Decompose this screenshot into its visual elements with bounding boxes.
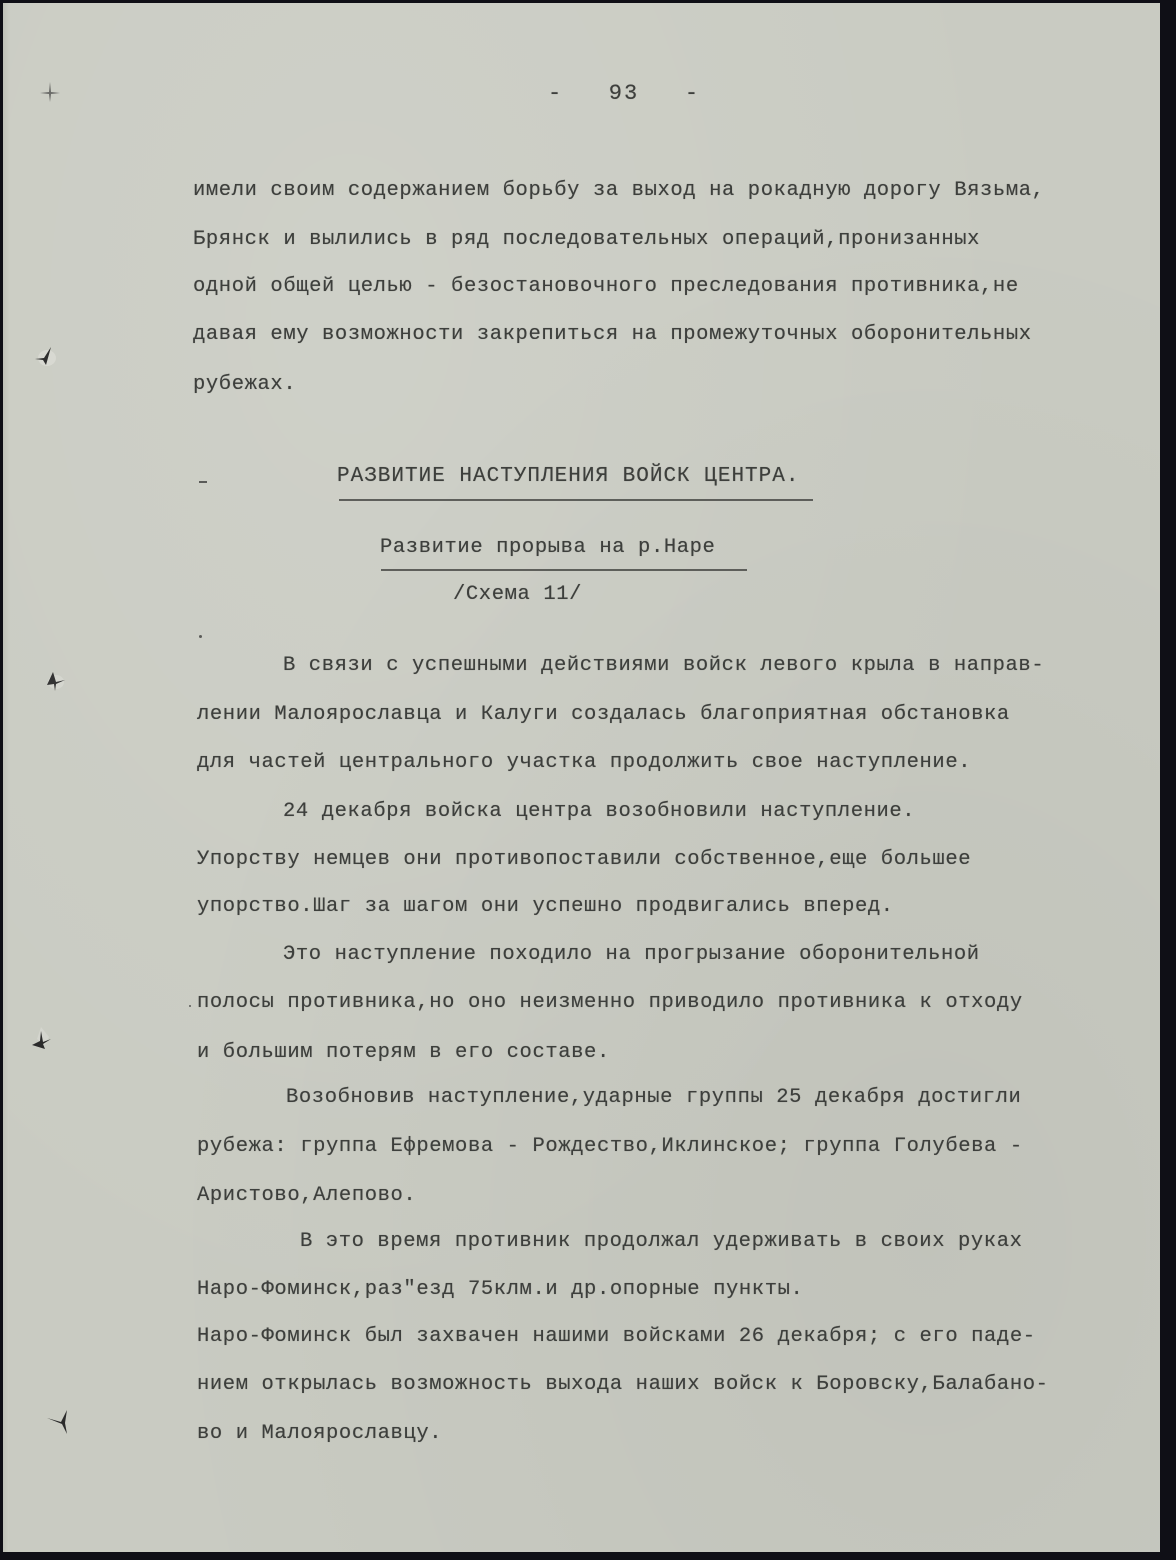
intro-line: давая ему возможности закрепиться на про… bbox=[193, 325, 1032, 346]
section-title-underline bbox=[339, 499, 813, 501]
punch-hole-mark bbox=[35, 77, 65, 107]
body-line: во и Малоярославцу. bbox=[197, 1424, 442, 1445]
body-line: Аристово,Алепово. bbox=[197, 1186, 416, 1207]
subsection-title: Развитие прорыва на р.Наре bbox=[380, 538, 715, 559]
schema-reference: /Схема 11/ bbox=[453, 585, 582, 606]
intro-line: имели своим содержанием борьбу за выход … bbox=[193, 181, 1045, 202]
body-line: В связи с успешными действиями войск лев… bbox=[283, 656, 1044, 677]
stray-mark bbox=[199, 481, 207, 483]
body-line: рубежа: группа Ефремова - Рождество,Икли… bbox=[197, 1137, 1023, 1158]
punch-hole-mark bbox=[29, 341, 59, 371]
body-line: Возобновив наступление,ударные группы 25… bbox=[286, 1088, 1021, 1109]
body-line: и большим потерям в его составе. bbox=[197, 1043, 610, 1064]
page-number: - 93 - bbox=[548, 83, 700, 105]
body-line: для частей центрального участка продолжи… bbox=[197, 753, 971, 774]
section-title: РАЗВИТИЕ НАСТУПЛЕНИЯ ВОЙСК ЦЕНТРА. bbox=[337, 466, 799, 487]
stray-mark bbox=[199, 635, 202, 638]
body-line: 24 декабря войска центра возобновили нас… bbox=[283, 802, 915, 823]
intro-line: одной общей целью - безостановочного пре… bbox=[193, 277, 1019, 298]
body-line: лении Малоярославца и Калуги создалась б… bbox=[197, 705, 1010, 726]
intro-line: Брянск и вылились в ряд последовательных… bbox=[193, 230, 980, 251]
typewritten-page: - 93 - имели своим содержанием борьбу за… bbox=[3, 3, 1160, 1552]
punch-hole-mark bbox=[47, 1406, 77, 1436]
body-line: Наро-Фоминск был захвачен нашими войскам… bbox=[197, 1327, 1036, 1348]
intro-line: рубежах. bbox=[193, 375, 296, 396]
body-line: Это наступление походило на прогрызание … bbox=[283, 945, 980, 966]
body-line: Упорству немцев они противопоставили соб… bbox=[197, 850, 971, 871]
body-line: Наро-Фоминск,раз"езд 75клм.и др.опорные … bbox=[197, 1280, 803, 1301]
body-line: нием открылась возможность выхода наших … bbox=[197, 1375, 1049, 1396]
punch-hole-mark bbox=[41, 668, 71, 698]
body-line: упорство.Шаг за шагом они успешно продви… bbox=[197, 897, 894, 918]
punch-hole-mark bbox=[27, 1023, 57, 1053]
body-line: В это время противник продолжал удержива… bbox=[300, 1232, 1023, 1253]
body-line: полосы противника,но оно неизменно приво… bbox=[197, 993, 1023, 1014]
stray-mark bbox=[189, 1005, 191, 1007]
subsection-title-underline bbox=[381, 569, 747, 571]
